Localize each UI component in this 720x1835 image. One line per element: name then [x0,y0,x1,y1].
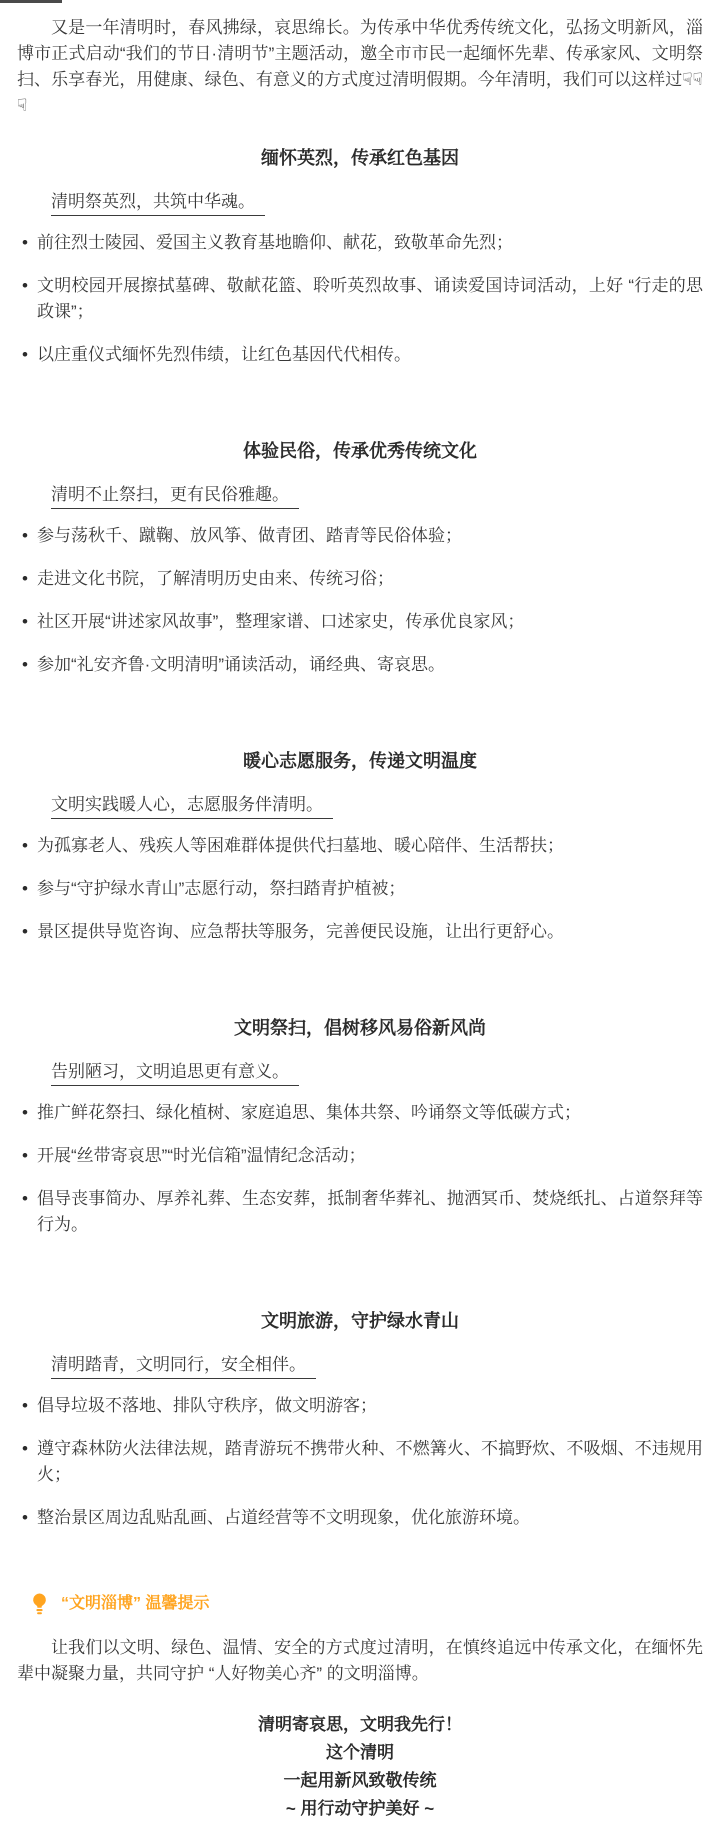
section-bullet-list: 推广鲜花祭扫、绿化植树、家庭追思、集体共祭、吟诵祭文等低碳方式；开展“丝带寄哀思… [17,1100,703,1238]
ending-line: 这个清明 [17,1739,703,1767]
list-item: 以庄重仪式缅怀先烈伟绩，让红色基因代代相传。 [17,342,703,368]
sections: 缅怀英烈，传承红色基因 清明祭英烈，共筑中华魂。 前往烈士陵园、爱国主义教育基地… [17,145,703,1531]
article-content: 又是一年清明时，春风拂绿，哀思绵长。为传承中华优秀传统文化，弘扬文明新风，淄博市… [0,15,720,1823]
ending-line: 一起用新风致敬传统 [17,1767,703,1795]
list-item: 前往烈士陵园、爱国主义教育基地瞻仰、献花，致敬革命先烈； [17,230,703,256]
list-item: 遵守森林防火法律法规，踏青游玩不携带火种、不燃篝火、不搞野炊、不吸烟、不违规用火… [17,1436,703,1488]
section-intro: 告别陋习，文明追思更有意义。 [17,1059,703,1085]
article-page: 又是一年清明时，春风拂绿，哀思绵长。为传承中华优秀传统文化，弘扬文明新风，淄博市… [0,0,720,1835]
article-section: 缅怀英烈，传承红色基因 清明祭英烈，共筑中华魂。 前往烈士陵园、爱国主义教育基地… [17,145,703,368]
list-item: 推广鲜花祭扫、绿化植树、家庭追思、集体共祭、吟诵祭文等低碳方式； [17,1100,703,1126]
section-title: 缅怀英烈，传承红色基因 [17,145,703,171]
section-bullet-list: 倡导垃圾不落地、排队守秩序，做文明游客；遵守森林防火法律法规，踏青游玩不携带火种… [17,1393,703,1531]
section-title: 文明旅游，守护绿水青山 [17,1308,703,1334]
section-bullet-list: 前往烈士陵园、爱国主义教育基地瞻仰、献花，致敬革命先烈；文明校园开展擦拭墓碑、敬… [17,230,703,368]
top-partial-bar [0,0,62,3]
section-title: 体验民俗，传承优秀传统文化 [17,438,703,464]
list-item: 景区提供导览咨询、应急帮扶等服务，完善便民设施，让出行更舒心。 [17,919,703,945]
list-item: 社区开展“讲述家风故事”，整理家谱、口述家史，传承优良家风； [17,609,703,635]
list-item: 文明校园开展擦拭墓碑、敬献花篮、聆听英烈故事、诵读爱国诗词活动，上好 “行走的思… [17,273,703,325]
ending-block: 清明寄哀思，文明我先行！这个清明一起用新风致敬传统~ 用行动守护美好 ~ [17,1711,703,1823]
article-section: 文明旅游，守护绿水青山 清明踏青，文明同行，安全相伴。 倡导垃圾不落地、排队守秩… [17,1308,703,1531]
section-intro: 清明祭英烈，共筑中华魂。 [17,189,703,215]
article-section: 体验民俗，传承优秀传统文化 清明不止祭扫，更有民俗雅趣。 参与荡秋千、蹴鞠、放风… [17,438,703,678]
section-intro: 清明踏青，文明同行，安全相伴。 [17,1352,703,1378]
list-item: 参与“守护绿水青山”志愿行动，祭扫踏青护植被； [17,876,703,902]
section-intro: 清明不止祭扫，更有民俗雅趣。 [17,482,703,508]
list-item: 倡导垃圾不落地、排队守秩序，做文明游客； [17,1393,703,1419]
list-item: 整治景区周边乱贴乱画、占道经营等不文明现象，优化旅游环境。 [17,1505,703,1531]
tip-row: “文明淄博” 温馨提示 [17,1591,703,1617]
lightbulb-icon [32,1593,47,1616]
section-bullet-list: 参与荡秋千、蹴鞠、放风筝、做青团、踏青等民俗体验；走进文化书院，了解清明历史由来… [17,523,703,678]
section-bullet-list: 为孤寡老人、残疾人等困难群体提供代扫墓地、暖心陪伴、生活帮扶；参与“守护绿水青山… [17,833,703,945]
ending-line: ~ 用行动守护美好 ~ [17,1795,703,1823]
section-title: 文明祭扫，倡树移风易俗新风尚 [17,1015,703,1041]
section-title: 暖心志愿服务，传递文明温度 [17,748,703,774]
article-section: 文明祭扫，倡树移风易俗新风尚 告别陋习，文明追思更有意义。 推广鲜花祭扫、绿化植… [17,1015,703,1238]
list-item: 开展“丝带寄哀思”“时光信箱”温情纪念活动； [17,1143,703,1169]
list-item: 为孤寡老人、残疾人等困难群体提供代扫墓地、暖心陪伴、生活帮扶； [17,833,703,859]
lead-paragraph: 又是一年清明时，春风拂绿，哀思绵长。为传承中华优秀传统文化，弘扬文明新风，淄博市… [17,15,703,119]
tip-label: “文明淄博” 温馨提示 [61,1591,209,1617]
closing-paragraph: 让我们以文明、绿色、温情、安全的方式度过清明，在慎终追远中传承文化，在缅怀先辈中… [17,1635,703,1687]
ending-line: 清明寄哀思，文明我先行！ [17,1711,703,1739]
list-item: 参与荡秋千、蹴鞠、放风筝、做青团、踏青等民俗体验； [17,523,703,549]
section-intro: 文明实践暖人心，志愿服务伴清明。 [17,792,703,818]
list-item: 倡导丧事简办、厚养礼葬、生态安葬，抵制奢华葬礼、抛洒冥币、焚烧纸扎、占道祭拜等行… [17,1186,703,1238]
article-section: 暖心志愿服务，传递文明温度 文明实践暖人心，志愿服务伴清明。 为孤寡老人、残疾人… [17,748,703,945]
list-item: 参加“礼安齐鲁·文明清明”诵读活动，诵经典、寄哀思。 [17,652,703,678]
list-item: 走进文化书院，了解清明历史由来、传统习俗； [17,566,703,592]
